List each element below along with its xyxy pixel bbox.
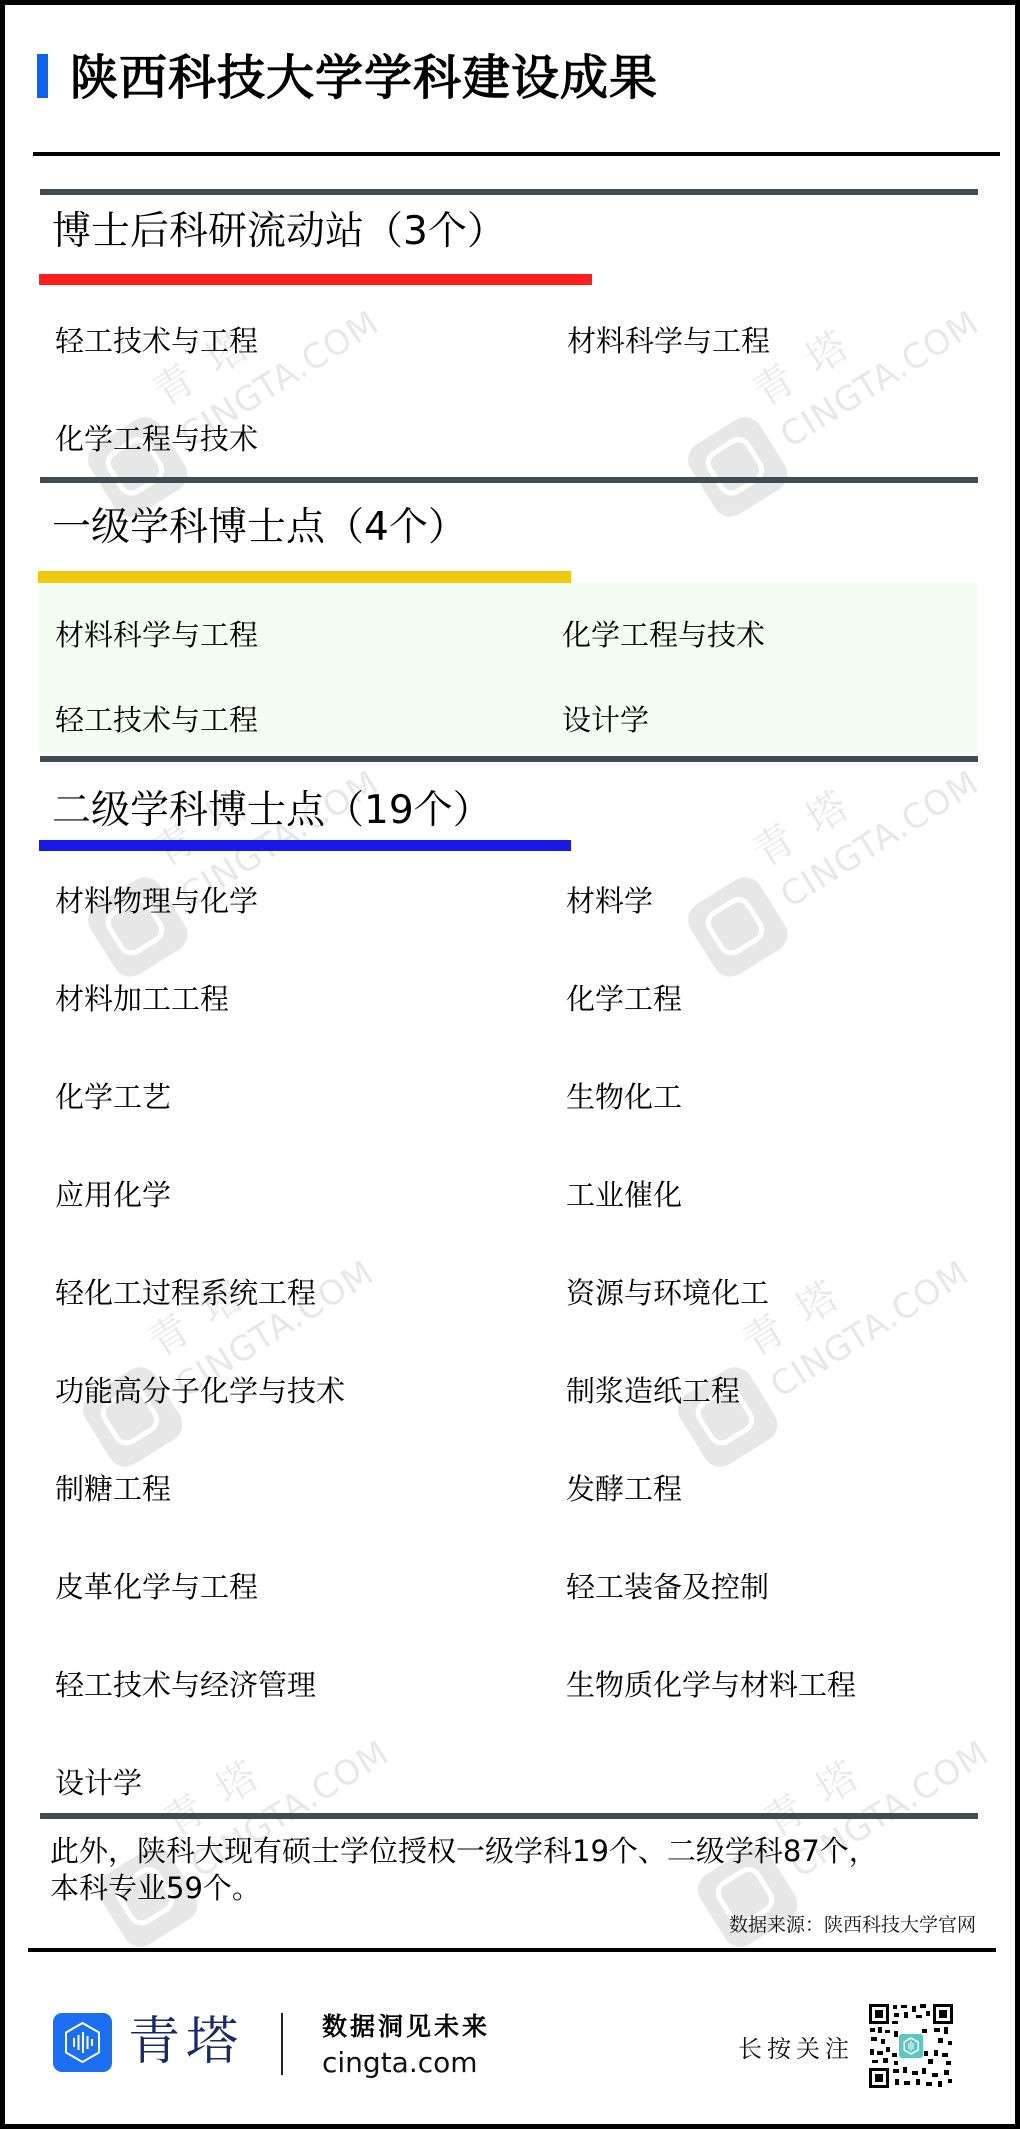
cingta-logo-icon	[53, 2013, 112, 2072]
section-divider	[40, 1813, 978, 1819]
list-item: 工业催化	[566, 1177, 682, 1213]
section-heading-second-level-phd: 二级学科博士点（19个）	[52, 787, 492, 835]
section-underline-yellow	[38, 571, 571, 583]
list-item: 应用化学	[55, 1177, 171, 1213]
list-item: 化学工程与技术	[562, 617, 765, 653]
follow-prompt: 长按关注	[738, 2034, 854, 2064]
list-item: 轻工装备及控制	[566, 1569, 769, 1605]
list-item: 设计学	[55, 1765, 142, 1801]
list-item: 轻工技术与工程	[55, 702, 258, 738]
list-item: 材料学	[566, 883, 653, 919]
list-item: 材料科学与工程	[55, 617, 258, 653]
section-divider	[40, 477, 978, 483]
list-item: 制糖工程	[55, 1471, 171, 1507]
brand-site: cingta.com	[322, 2046, 478, 2080]
list-item: 轻工技术与经济管理	[55, 1667, 316, 1703]
section-underline-red	[39, 274, 592, 285]
list-item: 皮革化学与工程	[55, 1569, 258, 1605]
list-item: 轻化工过程系统工程	[55, 1275, 316, 1311]
list-item: 材料科学与工程	[567, 323, 770, 359]
summary-line-1: 此外，陕科大现有硕士学位授权一级学科19个、二级学科87个，	[50, 1833, 878, 1869]
list-item: 资源与环境化工	[566, 1275, 769, 1311]
list-item: 轻工技术与工程	[55, 323, 258, 359]
section-heading-first-level-phd: 一级学科博士点（4个）	[52, 504, 467, 552]
brand-slogan: 数据洞见未来	[322, 2012, 490, 2042]
footer-divider	[28, 1948, 996, 1952]
list-item: 生物质化学与材料工程	[566, 1667, 856, 1703]
list-item: 化学工程与技术	[55, 421, 258, 457]
section-divider	[40, 189, 978, 195]
list-item: 材料物理与化学	[55, 883, 258, 919]
header-divider	[33, 152, 1000, 156]
list-item: 化学工程	[566, 981, 682, 1017]
list-item: 发酵工程	[566, 1471, 682, 1507]
list-item: 功能高分子化学与技术	[55, 1373, 345, 1409]
list-item: 化学工艺	[55, 1079, 171, 1115]
data-source: 数据来源：陕西科技大学官网	[729, 1912, 976, 1938]
list-item: 制浆造纸工程	[566, 1373, 740, 1409]
list-item: 设计学	[562, 702, 649, 738]
footer-vertical-divider	[281, 2013, 283, 2075]
qr-code-icon[interactable]	[868, 2003, 954, 2089]
section-underline-blue	[39, 840, 571, 851]
section-heading-postdoc: 博士后科研流动站（3个）	[52, 208, 506, 256]
title-accent-bar	[37, 54, 48, 98]
page-title: 陕西科技大学学科建设成果	[70, 46, 658, 110]
list-item: 材料加工工程	[55, 981, 229, 1017]
infographic-frame	[0, 0, 1020, 2129]
list-item: 生物化工	[566, 1079, 682, 1115]
section-divider	[40, 756, 978, 762]
summary-line-2: 本科专业59个。	[50, 1870, 261, 1906]
brand-name: 青塔	[128, 2010, 244, 2074]
